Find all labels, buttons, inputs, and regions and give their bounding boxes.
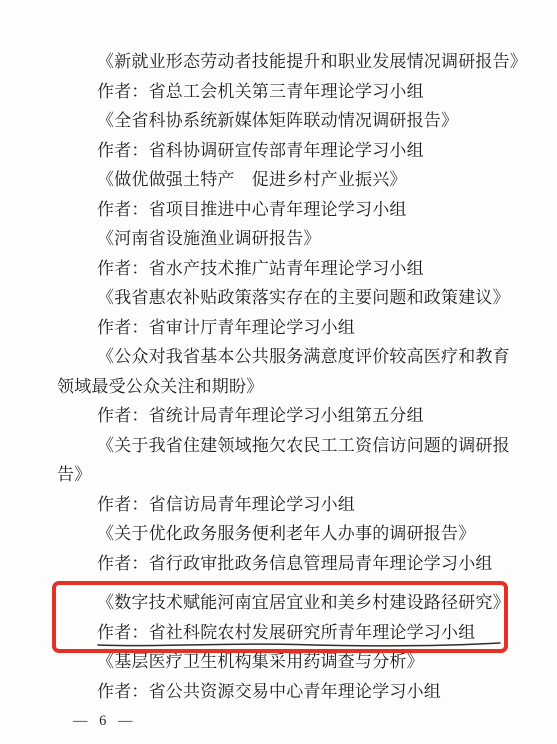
report-title-line: 《河南省设施渔业调研报告》 xyxy=(57,224,517,254)
report-title-line: 《新就业形态劳动者技能提升和职业发展情况调研报告》 xyxy=(57,47,517,77)
author-line: 作者：省统计局青年理论学习小组第五分组 xyxy=(57,401,517,431)
report-title-line: 《数字技术赋能河南宜居宜业和美乡村建设路径研究》 xyxy=(57,588,517,618)
author-line: 作者：省总工会机关第三青年理论学习小组 xyxy=(57,77,517,107)
author-line: 作者：省信访局青年理论学习小组 xyxy=(57,490,517,520)
page-number: — 6 — xyxy=(73,710,517,732)
author-line: 作者：省项目推进中心青年理论学习小组 xyxy=(57,195,517,225)
document-lines: 《新就业形态劳动者技能提升和职业发展情况调研报告》作者：省总工会机关第三青年理论… xyxy=(57,47,517,706)
report-title-line: 领域最受公众关注和期盼》 xyxy=(57,372,517,402)
author-line: 作者：省社科院农村发展研究所青年理论学习小组 xyxy=(57,618,517,648)
author-line: 作者：省公共资源交易中心青年理论学习小组 xyxy=(57,677,517,707)
report-title-line: 《全省科协系统新媒体矩阵联动情况调研报告》 xyxy=(57,106,517,136)
report-title-line: 告》 xyxy=(57,460,517,490)
author-line: 作者：省科协调研宣传部青年理论学习小组 xyxy=(57,136,517,166)
author-line: 作者：省水产技术推广站青年理论学习小组 xyxy=(57,254,517,284)
document-page: 《新就业形态劳动者技能提升和职业发展情况调研报告》作者：省总工会机关第三青年理论… xyxy=(0,0,557,744)
report-title-line: 《关于优化政务服务便利老年人办事的调研报告》 xyxy=(57,519,517,549)
report-title-line: 《关于我省住建领域拖欠农民工工资信访问题的调研报 xyxy=(57,431,517,461)
author-line: 作者：省行政审批政务信息管理局青年理论学习小组 xyxy=(57,549,517,579)
report-title-line: 《基层医疗卫生机构集采用药调查与分析》 xyxy=(57,647,517,677)
report-title-line: 《公众对我省基本公共服务满意度评价较高医疗和教育 xyxy=(57,342,517,372)
report-title-line: 《做优做强土特产 促进乡村产业振兴》 xyxy=(57,165,517,195)
report-title-line: 《我省惠农补贴政策落实存在的主要问题和政策建议》 xyxy=(57,283,517,313)
author-line: 作者：省审计厅青年理论学习小组 xyxy=(57,313,517,343)
